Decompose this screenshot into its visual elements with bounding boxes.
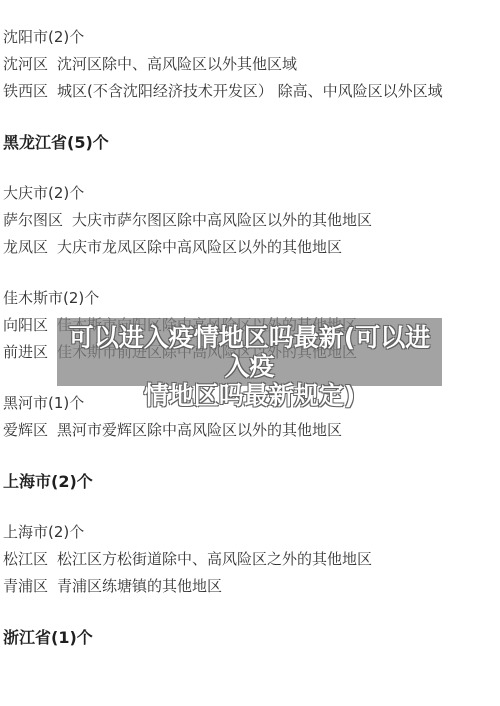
watermark-overlay: 可以进入疫情地区吗最新(可以进入疫 情地区吗最新规定)	[57, 318, 442, 386]
district-row: 萨尔图区大庆市萨尔图区除中高风险区以外的其他地区	[3, 207, 496, 234]
district-row: 松江区松江区方松街道除中、高风险区之外的其他地区	[3, 546, 496, 573]
district-name: 前进区	[3, 343, 48, 361]
district-desc: 沈河区除中、高风险区以外其他区域	[57, 55, 297, 73]
region-section: 上海市(2)个	[3, 468, 496, 495]
district-desc: 黑河市爱辉区除中高风险区以外的其他地区	[57, 421, 342, 439]
region-section: 黑龙江省(5)个	[3, 129, 496, 156]
section-title: 上海市(2)个	[3, 468, 496, 495]
region-section: 沈阳市(2)个 沈河区沈河区除中、高风险区以外其他区域 铁西区城区(不含沈阳经济…	[3, 24, 496, 105]
section-title: 佳木斯市(2)个	[3, 285, 496, 312]
district-name: 萨尔图区	[3, 211, 63, 229]
district-name: 爱辉区	[3, 421, 48, 439]
district-row: 龙凤区大庆市龙凤区除中高风险区以外的其他地区	[3, 234, 496, 261]
district-desc: 大庆市龙凤区除中高风险区以外的其他地区	[57, 238, 342, 256]
district-row: 沈河区沈河区除中、高风险区以外其他区域	[3, 51, 496, 78]
district-name: 沈河区	[3, 55, 48, 73]
district-desc: 松江区方松街道除中、高风险区之外的其他地区	[57, 550, 372, 568]
district-name: 铁西区	[3, 82, 48, 100]
district-name: 龙凤区	[3, 238, 48, 256]
region-section: 大庆市(2)个 萨尔图区大庆市萨尔图区除中高风险区以外的其他地区 龙凤区大庆市龙…	[3, 180, 496, 261]
section-title: 浙江省(1)个	[3, 624, 496, 651]
district-desc: 青浦区练塘镇的其他地区	[57, 577, 222, 595]
district-row: 爱辉区黑河市爱辉区除中高风险区以外的其他地区	[3, 417, 496, 444]
district-name: 向阳区	[3, 316, 48, 334]
section-title: 大庆市(2)个	[3, 180, 496, 207]
region-section: 浙江省(1)个	[3, 624, 496, 651]
district-desc: 城区(不含沈阳经济技术开发区） 除高、中风险区以外区域	[57, 82, 443, 100]
district-name: 青浦区	[3, 577, 48, 595]
section-title: 上海市(2)个	[3, 519, 496, 546]
section-title: 沈阳市(2)个	[3, 24, 496, 51]
section-title: 黑龙江省(5)个	[3, 129, 496, 156]
district-row: 青浦区青浦区练塘镇的其他地区	[3, 573, 496, 600]
watermark-line-2: 情地区吗最新规定)	[57, 381, 442, 410]
district-desc: 大庆市萨尔图区除中高风险区以外的其他地区	[72, 211, 372, 229]
region-section: 上海市(2)个 松江区松江区方松街道除中、高风险区之外的其他地区 青浦区青浦区练…	[3, 519, 496, 600]
watermark-line-1: 可以进入疫情地区吗最新(可以进入疫	[57, 323, 442, 381]
district-name: 松江区	[3, 550, 48, 568]
district-row: 铁西区城区(不含沈阳经济技术开发区） 除高、中风险区以外区域	[3, 78, 496, 105]
